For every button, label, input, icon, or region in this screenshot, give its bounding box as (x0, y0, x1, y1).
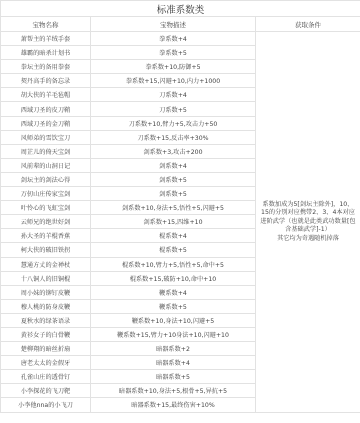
treasure-name: 云师兄的绝世好剑 (1, 215, 91, 229)
treasure-name: 十八铜人的旧铜棍 (1, 271, 91, 285)
table-title: 标准系数类 (1, 1, 360, 17)
treasure-description: 拳系数+10,防御+5 (91, 60, 256, 74)
treasure-description: 棍系数+4 (91, 229, 256, 243)
treasure-name: 剑坛主的剑法心得 (1, 172, 91, 186)
treasure-description: 剑系数+15,四维+10 (91, 215, 256, 229)
treasure-description: 暗器系数+15,最终伤害+10% (91, 398, 256, 412)
treasure-description: 棍系数+5 (91, 243, 256, 257)
treasure-name: 风前辈的山洞日记 (1, 158, 91, 172)
treasure-description: 拳系数+5 (91, 46, 256, 60)
treasure-name: 萧帮主的羊绒手套 (1, 32, 91, 46)
treasure-name: 孙大圣的羊棍香蕉 (1, 229, 91, 243)
treasure-description: 鞭系数+10,身法+10,闪避+5 (91, 313, 256, 327)
treasure-name: 柯大侠的破旧铁拐 (1, 243, 91, 257)
column-header-name: 宝物名称 (1, 17, 91, 32)
treasure-name: 风师弟的雪饮宝刀 (1, 130, 91, 144)
treasure-description: 剑系数+3,攻击+200 (91, 144, 256, 158)
treasure-description: 暗器系数+5 (91, 370, 256, 384)
treasure-description: 暗器系数+2 (91, 342, 256, 356)
treasure-name: 叶怜心的飞虹宝剑 (1, 201, 91, 215)
treasure-description: 拳系数+15,闪避+10,内力+1000 (91, 74, 256, 88)
treasure-name: 唐老太太的金假牙 (1, 356, 91, 370)
treasure-name: 孔雀山庄的透骨钉 (1, 370, 91, 384)
treasure-description: 鞭系数+5 (91, 299, 256, 313)
treasure-description: 刀系数+4 (91, 88, 256, 102)
treasure-description: 拳系数+4 (91, 32, 256, 46)
treasure-name: 拳坛主的备用拳套 (1, 60, 91, 74)
treasure-description: 剑系数+5 (91, 172, 256, 186)
treasure-description: 棍系数+10,臂力+5,悟性+5,命中+5 (91, 257, 256, 271)
treasure-name: 夏秋水的绿茶语录 (1, 313, 91, 327)
table-body: 萧帮主的羊绒手套拳系数+4系数加成为5[剑坛主除外]，10、15的分别对应携带2… (1, 32, 360, 413)
treasure-description: 剑系数+10,身法+5,悟性+5,闪避+5 (91, 201, 256, 215)
treasure-description: 刀系数+15,反击率+30% (91, 130, 256, 144)
treasure-description: 暗器系数+4 (91, 356, 256, 370)
treasure-name: 楚柳翔的暗丝折扇 (1, 342, 91, 356)
treasure-name: 小李探花的飞刀靶 (1, 384, 91, 398)
treasure-name: 万仞山庄传家宝剑 (1, 187, 91, 201)
standard-coefficient-table: 标准系数类 宝物名称 宝物描述 获取条件 萧帮主的羊绒手套拳系数+4系数加成为5… (0, 0, 360, 413)
treasure-name: 周芷儿的倚天宝剑 (1, 144, 91, 158)
treasure-name: 胡大侠的羊毛毡帽 (1, 88, 91, 102)
treasure-name: 小李他nna的小飞刀 (1, 398, 91, 412)
treasure-name: 雄霸的暗杀计划书 (1, 46, 91, 60)
treasure-name: 穆人桃的防身皮鞭 (1, 299, 91, 313)
column-header-description: 宝物描述 (91, 17, 256, 32)
column-header-condition: 获取条件 (256, 17, 360, 32)
treasure-name: 契丹高手的备忘录 (1, 74, 91, 88)
table-row: 萧帮主的羊绒手套拳系数+4系数加成为5[剑坛主除外]，10、15的分别对应携带2… (1, 32, 360, 46)
treasure-name: 周小妹的铆钉皮鞭 (1, 285, 91, 299)
acquisition-condition-text: 系数加成为5[剑坛主除外]，10、15的分别对应携带2、3、4本对应进阶武学（也… (260, 201, 355, 242)
treasure-name: 慧通方丈的金禅杖 (1, 257, 91, 271)
treasure-description: 剑系数+5 (91, 187, 256, 201)
treasure-name: 西域刀圣的金刀鞘 (1, 116, 91, 130)
treasure-description: 暗器系数+10,身法+5,根骨+5,异抗+5 (91, 384, 256, 398)
treasure-description: 刀系数+10,臂力+5,攻击力+50 (91, 116, 256, 130)
treasure-name: 黄衫女子的白骨鞭 (1, 327, 91, 341)
treasure-description: 鞭系数+15,臂力+10身法+10,闪避+10 (91, 327, 256, 341)
treasure-name: 西域刀圣的皮刀鞘 (1, 102, 91, 116)
acquisition-condition: 系数加成为5[剑坛主除外]，10、15的分别对应携带2、3、4本对应进阶武学（也… (256, 32, 360, 413)
treasure-description: 鞭系数+4 (91, 285, 256, 299)
treasure-description: 剑系数+4 (91, 158, 256, 172)
treasure-description: 刀系数+5 (91, 102, 256, 116)
treasure-description: 棍系数+15,破防+10,命中+10 (91, 271, 256, 285)
